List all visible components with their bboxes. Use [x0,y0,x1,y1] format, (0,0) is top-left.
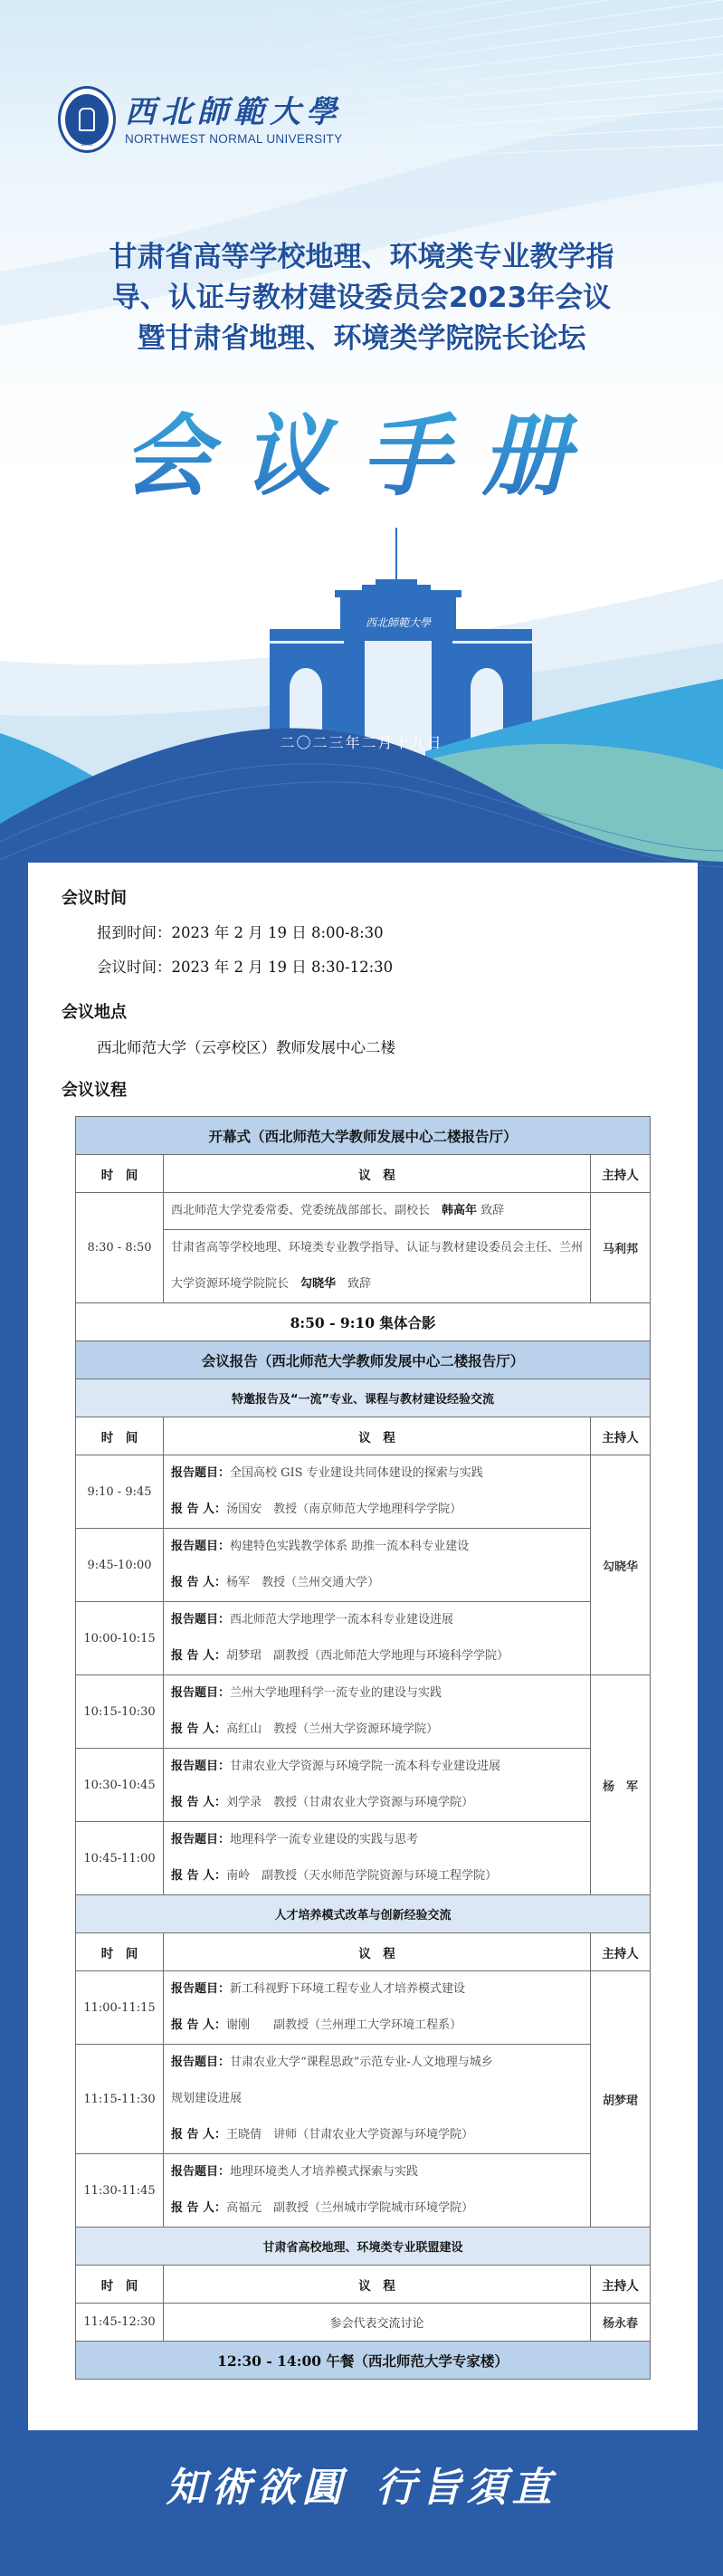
university-name-cn: 西北師範大學 [125,94,342,130]
title-line-3: 暨甘肃省地理、环境类学院院长论坛 [0,319,723,359]
table-row: 9:45-10:00 报告题目：构建特色实践教学体系 助推一流本科专业建设 报 … [76,1529,651,1602]
col-time: 时 间 [76,1155,164,1193]
title-line-1: 甘肃省高等学校地理、环境类专业教学指 [0,237,723,278]
university-name-en: NORTHWEST NORMAL UNIVERSITY [125,132,342,146]
speech-1: 西北师范大学党委常委、党委统战部部长、副校长 韩高年 致辞 [171,1193,583,1229]
campus-gate-landscape: 西北師範大學 [0,525,723,869]
motto-right: 行旨須直 [376,2465,557,2511]
title-line-2: 导、认证与教材建设委员会2023年会议 [0,278,723,319]
university-seal-icon: 1902 [58,86,116,153]
registration-time: 报到时间：2023 年 2 月 19 日 8:00-8:30 [97,921,384,942]
gate-inscription: 西北師範大學 [366,616,432,629]
row-host: 马利邦 [591,1193,651,1303]
table-row: 10:45-11:00 报告题目：地理科学一流专业建设的实践与思考 报 告 人：… [76,1822,651,1895]
col-host: 主持人 [591,1155,651,1193]
meeting-location: 西北师范大学（云亭校区）教师发展中心二楼 [97,1035,395,1057]
session-2-header: 人才培养模式改革与创新经验交流 [76,1895,651,1933]
handbook-title: 会议手册 [0,398,723,516]
opening-section-header: 开幕式（西北师范大学教师发展中心二楼报告厅） [76,1117,651,1155]
table-column-header: 时 间 议 程 主持人 [76,1417,651,1455]
motto-left: 知術欲圓 [166,2465,347,2511]
session-1-header: 特邀报告及“一流”专业、课程与教材建设经验交流 [76,1379,651,1417]
agenda-heading: 会议议程 [62,1077,127,1101]
university-motto: 知術欲圓行旨須直 [0,2455,723,2513]
seal-year: 1902 [81,142,92,148]
meeting-location-heading: 会议地点 [62,999,127,1023]
session-3-header: 甘肃省高校地理、环境类专业联盟建设 [76,2228,651,2266]
table-row: 8:30 - 8:50 西北师范大学党委常委、党委统战部部长、副校长 韩高年 致… [76,1193,651,1303]
cover: 1902 西北師範大學 NORTHWEST NORMAL UNIVERSITY … [0,0,723,869]
table-column-header: 时 间 议 程 主持人 [76,2266,651,2304]
meeting-time: 会议时间：2023 年 2 月 19 日 8:30-12:30 [97,955,393,977]
conference-title: 甘肃省高等学校地理、环境类专业教学指 导、认证与教材建设委员会2023年会议 暨… [0,237,723,359]
lunch-row: 12:30 - 14:00 午餐（西北师范大学专家楼） [76,2342,651,2380]
table-column-header: 时 间 议 程 主持人 [76,1155,651,1193]
row-host: 杨 军 [591,1675,651,1895]
conference-date: 二〇二三年二月十九日 [0,731,723,752]
table-row: 11:30-11:45 报告题目：地理环境类人才培养模式探索与实践 报 告 人：… [76,2154,651,2228]
table-row: 10:30-10:45 报告题目：甘肃农业大学资源与环境学院一流本科专业建设进展… [76,1749,651,1822]
col-item: 议 程 [164,1155,591,1193]
reports-section-header: 会议报告（西北师范大学教师发展中心二楼报告厅） [76,1341,651,1379]
row-host: 勾晓华 [591,1455,651,1675]
table-row: 11:15-11:30 报告题目：甘肃农业大学“课程思政”示范专业-人文地理与城… [76,2045,651,2154]
group-photo-row: 8:50 - 9:10 集体合影 [76,1303,651,1341]
table-column-header: 时 间 议 程 主持人 [76,1933,651,1971]
university-logo: 1902 西北師範大學 NORTHWEST NORMAL UNIVERSITY [58,86,342,153]
meeting-time-heading: 会议时间 [62,885,127,909]
row-host: 胡梦珺 [591,1971,651,2228]
table-row: 9:10 - 9:45 报告题目：全国高校 GIS 专业建设共同体建设的探索与实… [76,1455,651,1529]
table-row: 10:15-10:30 报告题目：兰州大学地理科学一流专业的建设与实践 报 告 … [76,1675,651,1749]
table-row: 11:45-12:30 参会代表交流讨论 杨永春 [76,2304,651,2342]
speech-2: 甘肃省高等学校地理、环境类专业教学指导、认证与教材建设委员会主任、兰州大学资源环… [171,1230,583,1302]
bell-icon [79,108,95,131]
table-row: 11:00-11:15 报告题目：新工科视野下环境工程专业人才培养模式建设 报 … [76,1971,651,2045]
agenda-table: 开幕式（西北师范大学教师发展中心二楼报告厅） 时 间 议 程 主持人 8:30 … [75,1116,651,2380]
row-time: 8:30 - 8:50 [76,1193,164,1303]
table-row: 10:00-10:15 报告题目：西北师范大学地理学一流本科专业建设进展 报 告… [76,1602,651,1675]
